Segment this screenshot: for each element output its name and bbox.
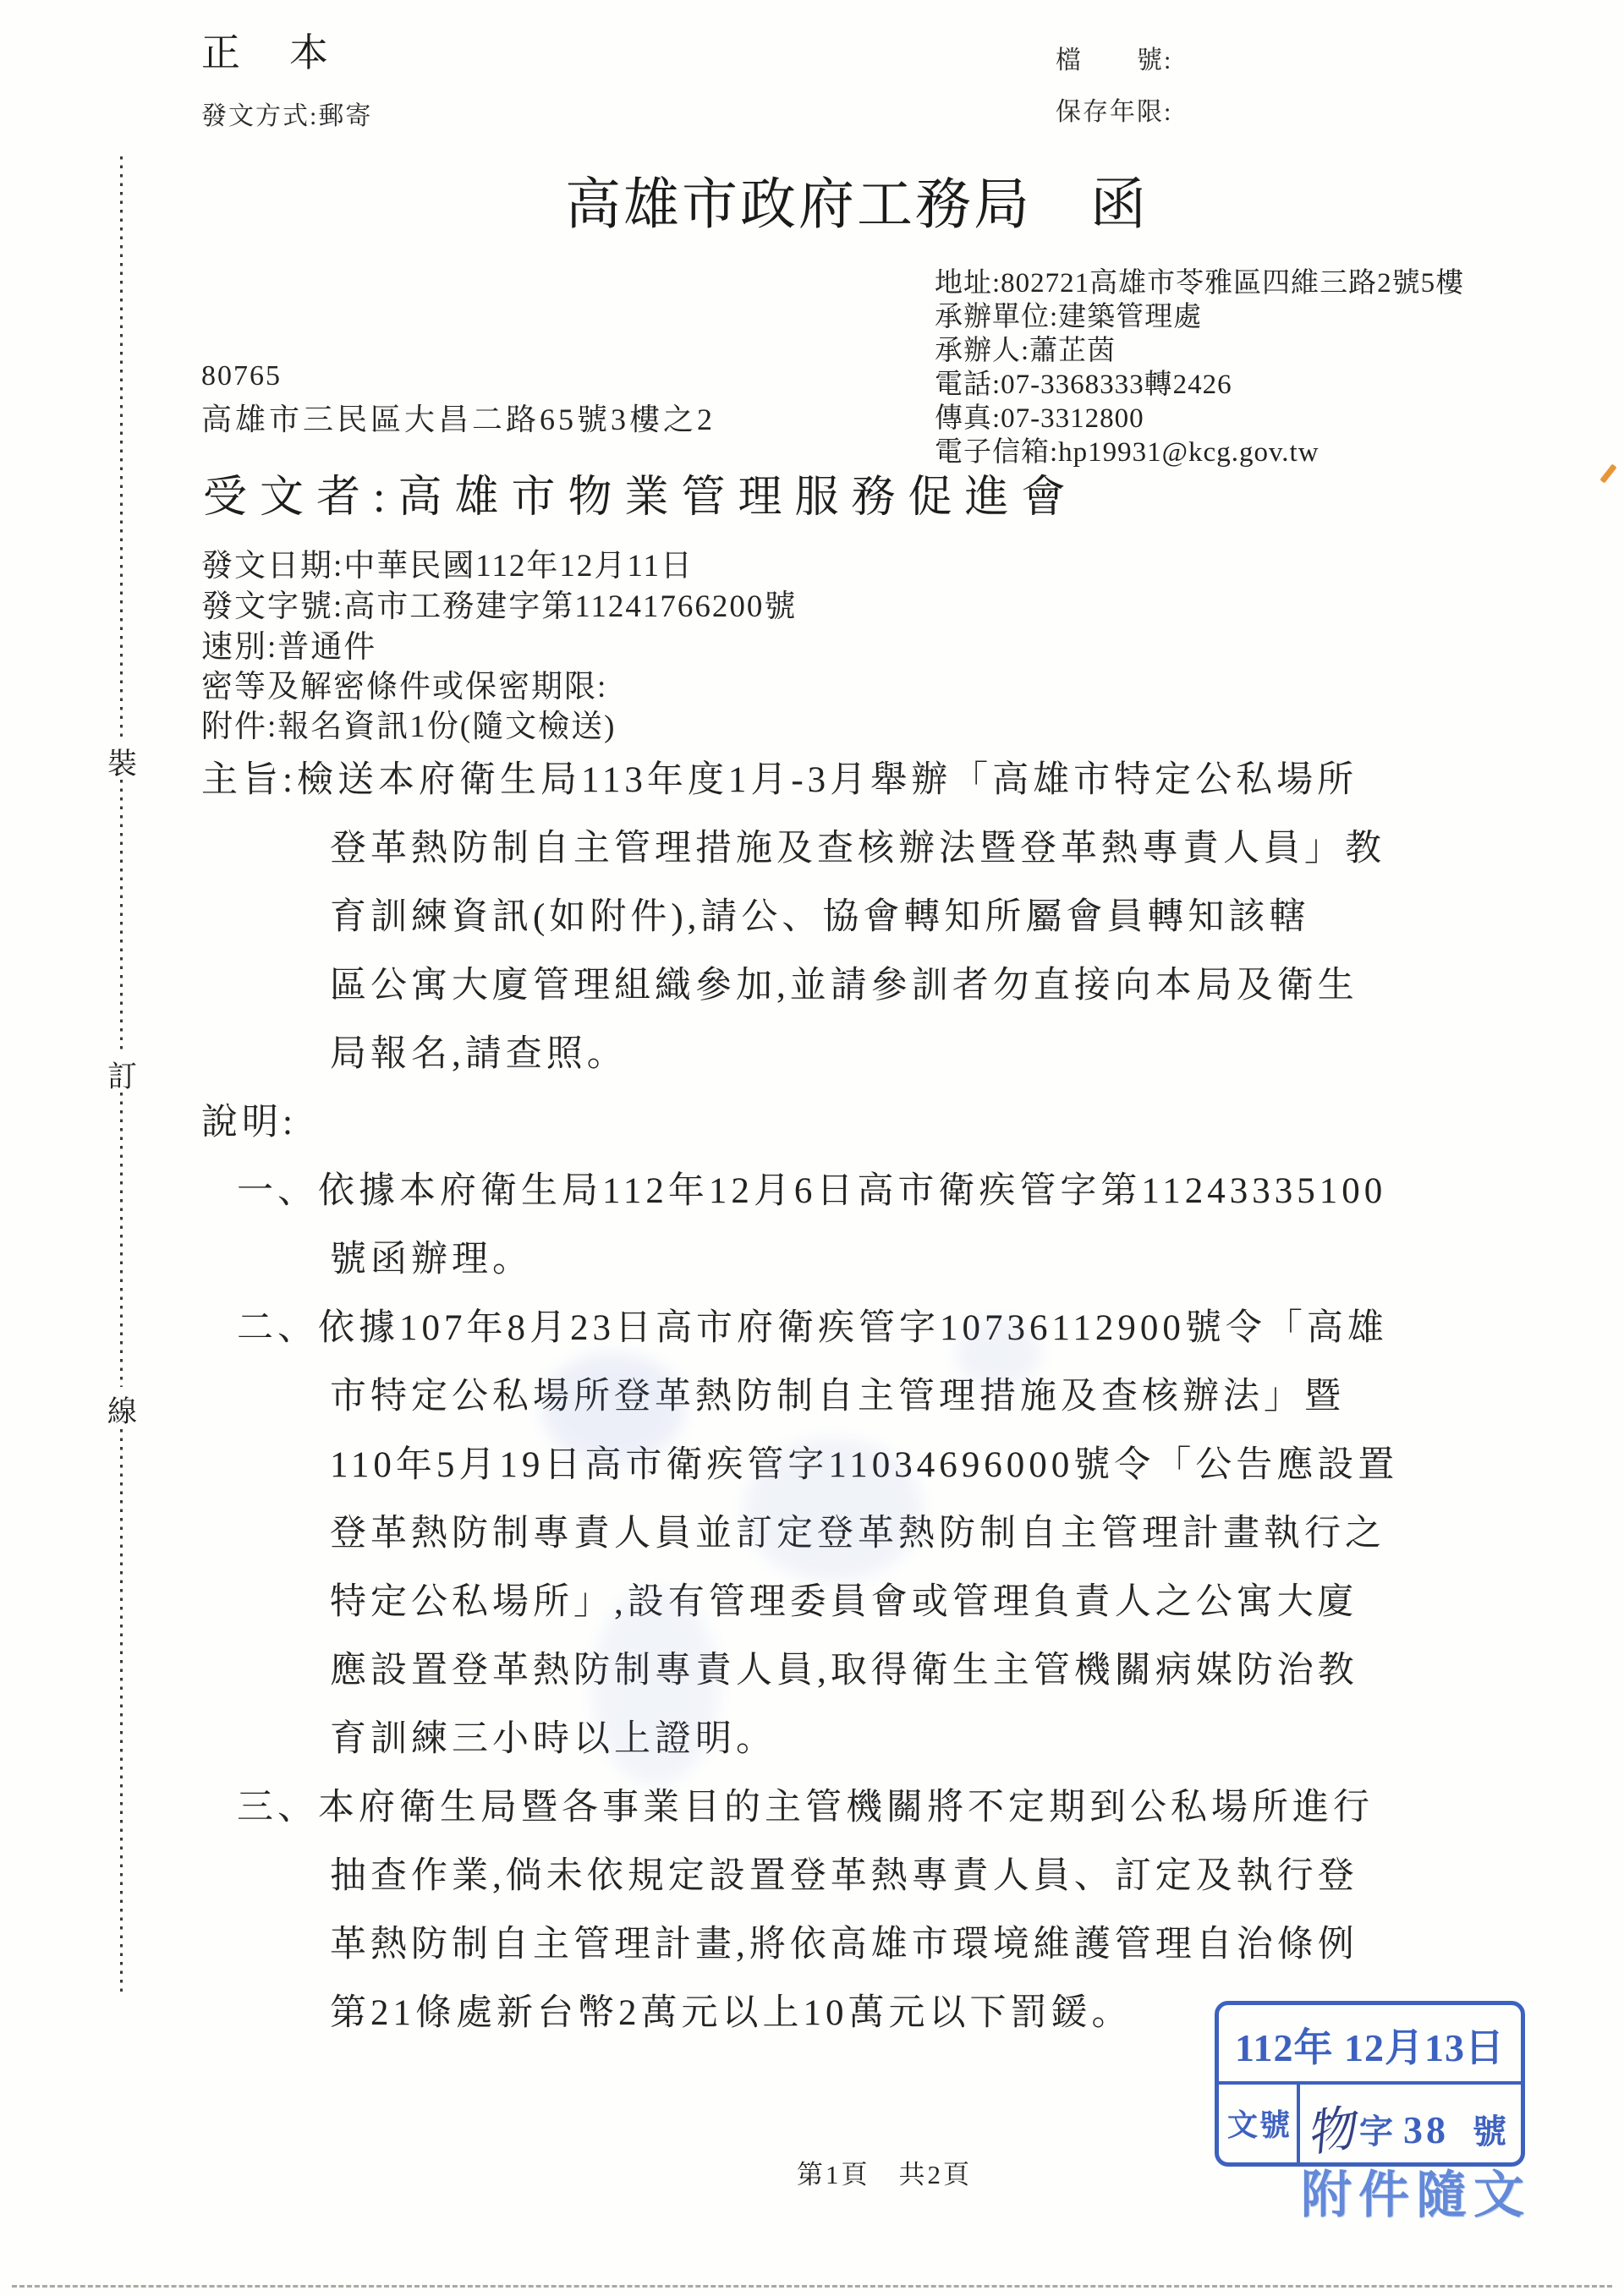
stamp-date: 112年 12月13日 bbox=[1219, 2017, 1521, 2073]
recipient-name-line: 受文者:高雄市物業管理服務促進會 bbox=[203, 461, 1078, 524]
explanation-item-3-line: 三、本府衛生局暨各事業目的主管機關將不定期到公私場所進行 bbox=[237, 1778, 1374, 1830]
recipient-postal-code: 80765 bbox=[201, 360, 282, 392]
issue-date-line: 發文日期:中華民國112年12月11日 bbox=[201, 540, 694, 585]
attachment-follows-stamp: 附件隨文 bbox=[1301, 2155, 1531, 2228]
binding-dotted-line bbox=[120, 1093, 123, 1387]
document-title: 高雄市政府工務局 函 bbox=[565, 159, 1149, 239]
doc-number-line: 發文字號:高市工務建字第11241766200號 bbox=[201, 580, 797, 626]
stamp-doc-number-label: 文號 bbox=[1224, 2101, 1295, 2145]
file-number-label: 檔 號: bbox=[1056, 39, 1172, 76]
page-number: 第1頁 共2頁 bbox=[797, 2153, 972, 2191]
explanation-item-2-line: 市特定公私場所登革熱防制自主管理措施及查核辦法」暨 bbox=[330, 1367, 1345, 1419]
stamp-doc-number-value: 物字38號 bbox=[1305, 2091, 1506, 2162]
scan-artifact-orange bbox=[1599, 463, 1616, 483]
explanation-item-3-line: 革熱防制自主管理計畫,將依高雄市環境維護管理自治條例 bbox=[330, 1915, 1358, 1967]
speed-class-line: 速別:普通件 bbox=[201, 621, 376, 666]
ink-bleed-artifact bbox=[956, 1319, 1040, 1387]
margin-mark-stapling: 訂 bbox=[107, 1054, 137, 1096]
send-method-label: 發文方式:郵寄 bbox=[201, 95, 372, 132]
copy-type-label: 正 本 bbox=[201, 22, 333, 78]
explanation-heading: 說明: bbox=[201, 1093, 297, 1145]
stamp-number: 38 bbox=[1403, 2108, 1449, 2151]
explanation-item-3-line: 第21條處新台幣2萬元以上10萬元以下罰鍰。 bbox=[330, 1984, 1133, 2036]
binding-dotted-line bbox=[120, 1429, 123, 1996]
security-class-line: 密等及解密條件或保密期限: bbox=[201, 660, 607, 706]
subject-line: 登革熱防制自主管理措施及查核辦法暨登革熱專責人員」教 bbox=[330, 819, 1385, 871]
stamp-zi-char: 字 bbox=[1359, 2112, 1393, 2151]
recipient-address: 高雄市三民區大昌二路65號3樓之2 bbox=[201, 396, 716, 439]
scan-edge-artifact bbox=[12, 2285, 1612, 2288]
retention-period-label: 保存年限: bbox=[1056, 90, 1172, 128]
margin-mark-line: 線 bbox=[107, 1389, 137, 1431]
attachment-line: 附件:報名資訊1份(隨文檢送) bbox=[201, 700, 616, 746]
binding-dotted-line bbox=[120, 780, 123, 1052]
subject-line: 區公寓大廈管理組織參加,並請參訓者勿直接向本局及衛生 bbox=[330, 956, 1358, 1008]
ink-bleed-artifact bbox=[744, 1438, 922, 1581]
stamp-horizontal-divider bbox=[1219, 2081, 1521, 2085]
ink-bleed-artifact bbox=[592, 1590, 719, 1784]
explanation-item-2-line: 二、依據107年8月23日高市府衛疾管字10736112900號令「高雄 bbox=[237, 1299, 1388, 1351]
ink-bleed-artifact bbox=[541, 1353, 685, 1463]
subject-line: 局報名,請查照。 bbox=[330, 1025, 628, 1077]
margin-mark-binding: 裝 bbox=[107, 741, 137, 783]
stamp-hao-char: 號 bbox=[1473, 2112, 1506, 2151]
binding-dotted-line bbox=[120, 156, 123, 738]
explanation-item-3-line: 抽查作業,倘未依規定設置登革熱專責人員、訂定及執行登 bbox=[330, 1847, 1358, 1899]
subject-line: 主旨:檢送本府衛生局113年度1月-3月舉辦「高雄市特定公私場所 bbox=[201, 751, 1358, 803]
subject-line: 育訓練資訊(如附件),請公、協會轉知所屬會員轉知該轄 bbox=[330, 888, 1309, 940]
explanation-item-1-line: 一、依據本府衛生局112年12月6日高市衛疾管字第11243335100 bbox=[237, 1162, 1386, 1214]
explanation-item-2-line: 應設置登革熱防制專責人員,取得衛生主管機關病媒防治教 bbox=[330, 1641, 1358, 1693]
receipt-date-stamp: 112年 12月13日 文號 物字38號 bbox=[1215, 2001, 1525, 2167]
explanation-item-1-line: 號函辦理。 bbox=[330, 1230, 533, 1282]
